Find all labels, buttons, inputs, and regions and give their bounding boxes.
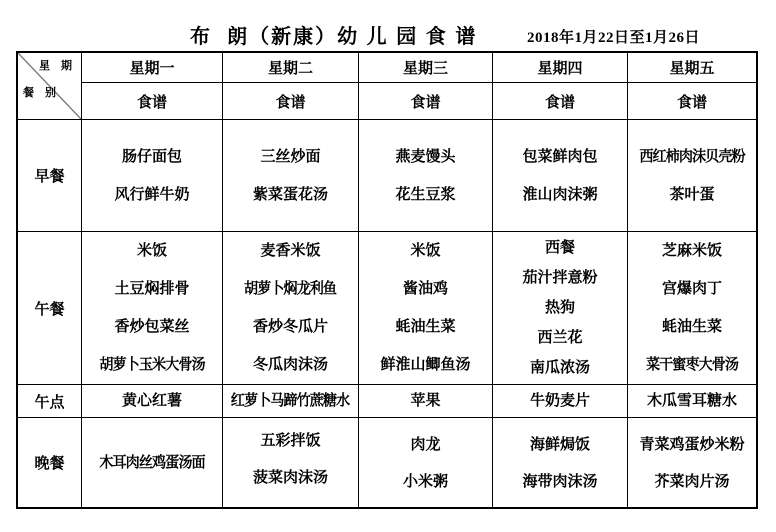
dish-item: 茄汁拌意粉 [522, 263, 597, 293]
snack-friday: 木瓜雪耳糖水 [628, 385, 756, 418]
lunch-wednesday: 米饭 酱油鸡 蚝油生菜 鲜淮山鲫鱼汤 [359, 232, 493, 385]
dish-item: 茶叶蛋 [669, 176, 714, 214]
meal-label-snack: 午点 [18, 385, 82, 418]
dish-item: 小米粥 [403, 463, 448, 500]
dish-item: 西餐 [545, 233, 575, 263]
menu-page: 布 朗（新康）幼 儿 园 食 谱 2018年1月22日至1月26日 星 期 餐 … [0, 0, 776, 532]
dish-item: 西红柿肉沫贝壳粉 [639, 138, 744, 176]
dish-item: 风行鲜牛奶 [114, 176, 189, 214]
dish-item: 菠菜肉沫汤 [253, 459, 328, 496]
dish-item: 土豆焖排骨 [114, 270, 189, 308]
dish-item: 苹果 [410, 391, 440, 411]
dinner-thursday: 海鲜焗饭 海带肉沫汤 [493, 418, 628, 507]
dish-item: 西兰花 [537, 323, 582, 353]
dish-item: 海带肉沫汤 [522, 463, 597, 500]
subheader-tuesday: 食谱 [223, 83, 359, 120]
dinner-tuesday: 五彩拌饭 菠菜肉沫汤 [223, 418, 359, 507]
lunch-thursday: 西餐 茄汁拌意粉 热狗 西兰花 南瓜浓汤 [493, 232, 628, 385]
week-axis-label: 星 期 [39, 57, 76, 73]
dish-item: 宫爆肉丁 [662, 270, 722, 308]
mealtype-axis-label: 餐 别 [23, 84, 60, 100]
snack-thursday: 牛奶麦片 [493, 385, 628, 418]
page-title: 布 朗（新康）幼 儿 园 食 谱 [190, 20, 477, 49]
day-header-monday: 星期一 [82, 53, 223, 83]
dish-item: 芝麻米饭 [662, 232, 722, 270]
dish-item: 黄心红薯 [122, 391, 182, 411]
dish-item: 青菜鸡蛋炒米粉 [639, 426, 744, 463]
dish-item: 五彩拌饭 [260, 422, 320, 459]
dish-item: 花生豆浆 [395, 176, 455, 214]
dish-item: 香炒冬瓜片 [253, 308, 328, 346]
snack-tuesday: 红萝卜马蹄竹蔗糖水 [223, 385, 359, 418]
dinner-friday: 青菜鸡蛋炒米粉 芥菜肉片汤 [628, 418, 756, 507]
lunch-tuesday: 麦香米饭 胡萝卜焖龙利鱼 香炒冬瓜片 冬瓜肉沫汤 [223, 232, 359, 385]
day-header-friday: 星期五 [628, 53, 756, 83]
dish-item: 酱油鸡 [403, 270, 448, 308]
subheader-friday: 食谱 [628, 83, 756, 120]
breakfast-wednesday: 燕麦馒头 花生豆浆 [359, 120, 493, 232]
dish-item: 胡萝卜玉米大骨汤 [99, 346, 204, 384]
day-header-tuesday: 星期二 [223, 53, 359, 83]
dish-item: 木瓜雪耳糖水 [647, 391, 737, 411]
dish-item: 三丝炒面 [260, 138, 320, 176]
dish-item: 米饭 [137, 232, 167, 270]
dish-item: 蚝油生菜 [662, 308, 722, 346]
dish-item: 燕麦馒头 [395, 138, 455, 176]
dish-item: 南瓜浓汤 [530, 353, 590, 383]
dish-item: 香炒包菜丝 [114, 308, 189, 346]
dinner-monday: 木耳肉丝鸡蛋汤面 [82, 418, 223, 507]
dish-item: 淮山肉沫粥 [522, 176, 597, 214]
dish-item: 胡萝卜焖龙利鱼 [244, 270, 336, 308]
day-header-wednesday: 星期三 [359, 53, 493, 83]
dish-item: 包菜鲜肉包 [522, 138, 597, 176]
dish-item: 鲜淮山鲫鱼汤 [380, 346, 470, 384]
subheader-thursday: 食谱 [493, 83, 628, 120]
subheader-wednesday: 食谱 [359, 83, 493, 120]
snack-monday: 黄心红薯 [82, 385, 223, 418]
menu-table: 星 期 餐 别 星期一 星期二 星期三 星期四 星期五 食谱 食谱 食谱 食谱 … [16, 51, 758, 509]
dish-item: 米饭 [410, 232, 440, 270]
dish-item: 芥菜肉片汤 [654, 463, 729, 500]
snack-wednesday: 苹果 [359, 385, 493, 418]
dish-item: 冬瓜肉沫汤 [253, 346, 328, 384]
dish-item: 紫菜蛋花汤 [253, 176, 328, 214]
dish-item: 红萝卜马蹄竹蔗糖水 [231, 391, 349, 411]
lunch-friday: 芝麻米饭 宫爆肉丁 蚝油生菜 菜干蜜枣大骨汤 [628, 232, 756, 385]
meal-label-lunch: 午餐 [18, 232, 82, 385]
dish-item: 牛奶麦片 [530, 391, 590, 411]
meal-label-breakfast: 早餐 [18, 120, 82, 232]
subheader-monday: 食谱 [82, 83, 223, 120]
dish-item: 麦香米饭 [260, 232, 320, 270]
day-header-thursday: 星期四 [493, 53, 628, 83]
lunch-monday: 米饭 土豆焖排骨 香炒包菜丝 胡萝卜玉米大骨汤 [82, 232, 223, 385]
meal-label-dinner: 晚餐 [18, 418, 82, 507]
date-range: 2018年1月22日至1月26日 [527, 26, 700, 47]
dish-item: 木耳肉丝鸡蛋汤面 [99, 444, 204, 481]
breakfast-tuesday: 三丝炒面 紫菜蛋花汤 [223, 120, 359, 232]
breakfast-thursday: 包菜鲜肉包 淮山肉沫粥 [493, 120, 628, 232]
dish-item: 热狗 [545, 293, 575, 323]
dish-item: 蚝油生菜 [395, 308, 455, 346]
dish-item: 肠仔面包 [122, 138, 182, 176]
breakfast-friday: 西红柿肉沫贝壳粉 茶叶蛋 [628, 120, 756, 232]
dish-item: 肉龙 [410, 426, 440, 463]
corner-cell: 星 期 餐 别 [18, 53, 82, 120]
breakfast-monday: 肠仔面包 风行鲜牛奶 [82, 120, 223, 232]
dish-item: 海鲜焗饭 [530, 426, 590, 463]
dinner-wednesday: 肉龙 小米粥 [359, 418, 493, 507]
dish-item: 菜干蜜枣大骨汤 [646, 346, 738, 384]
